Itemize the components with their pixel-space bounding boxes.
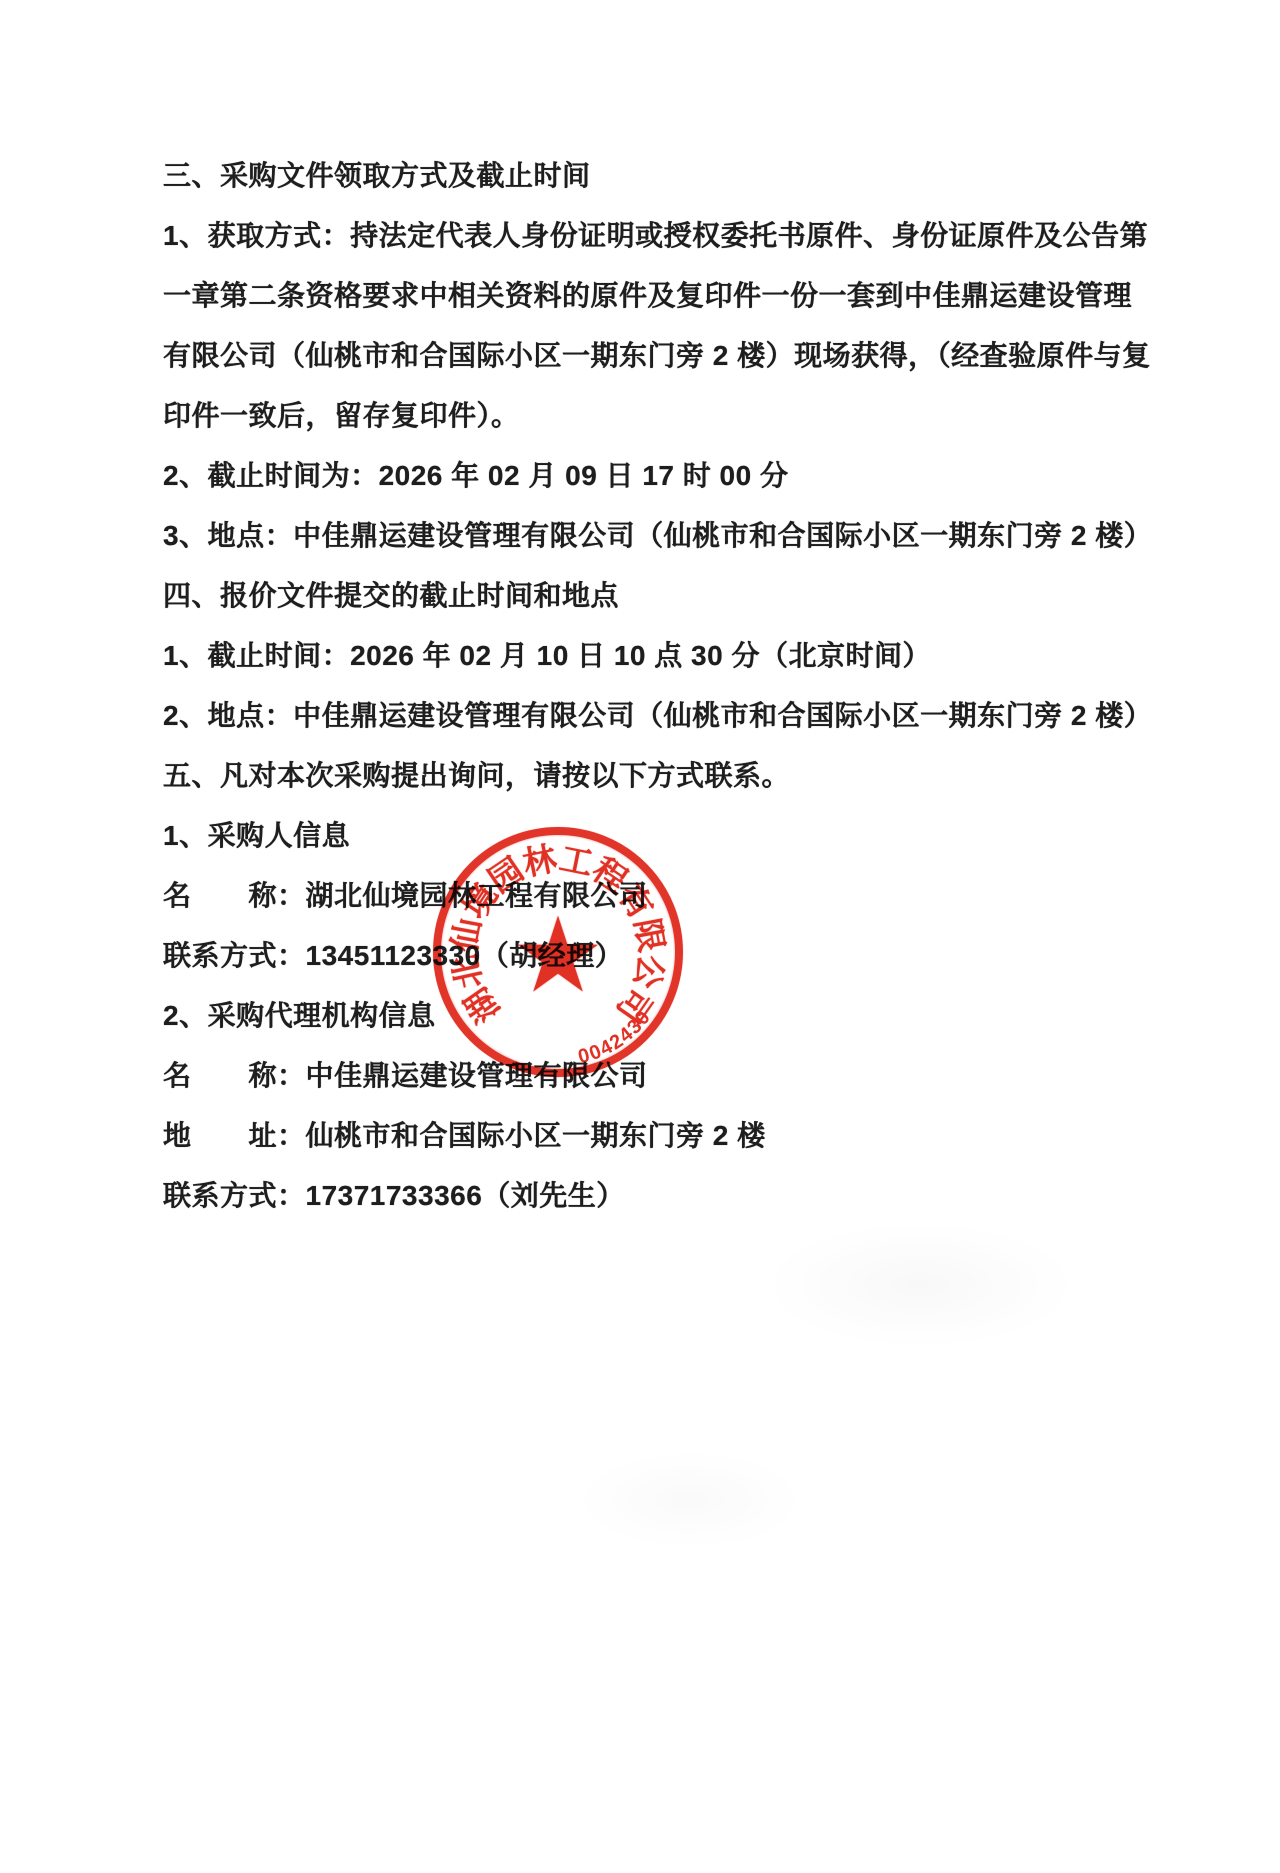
document-body: 三、采购文件领取方式及截止时间1、获取方式：持法定代表人身份证明或授权委托书原件… (163, 146, 1160, 1226)
document-line: 有限公司（仙桃市和合国际小区一期东门旁 2 楼）现场获得，（经查验原件与复 (163, 326, 1160, 386)
document-line: 五、凡对本次采购提出询问，请按以下方式联系。 (163, 746, 1160, 806)
document-line: 名 称：中佳鼎运建设管理有限公司 (163, 1046, 1160, 1106)
document-line: 三、采购文件领取方式及截止时间 (163, 146, 1160, 206)
document-line: 3、地点：中佳鼎运建设管理有限公司（仙桃市和合国际小区一期东门旁 2 楼） (163, 506, 1160, 566)
document-line: 1、获取方式：持法定代表人身份证明或授权委托书原件、身份证原件及公告第 (163, 206, 1160, 266)
document-line: 2、地点：中佳鼎运建设管理有限公司（仙桃市和合国际小区一期东门旁 2 楼） (163, 686, 1160, 746)
document-line: 一章第二条资格要求中相关资料的原件及复印件一份一套到中佳鼎运建设管理 (163, 266, 1160, 326)
document-page: 三、采购文件领取方式及截止时间1、获取方式：持法定代表人身份证明或授权委托书原件… (0, 0, 1280, 1873)
document-line: 地 址：仙桃市和合国际小区一期东门旁 2 楼 (163, 1106, 1160, 1166)
document-line: 2、截止时间为：2026 年 02 月 09 日 17 时 00 分 (163, 446, 1160, 506)
document-line: 1、采购人信息 (163, 806, 1160, 866)
document-line: 四、报价文件提交的截止时间和地点 (163, 566, 1160, 626)
document-line: 1、截止时间：2026 年 02 月 10 日 10 点 30 分（北京时间） (163, 626, 1160, 686)
document-line: 印件一致后，留存复印件）。 (163, 386, 1160, 446)
seal-ring-char: 限 (625, 914, 677, 955)
company-seal: ★ 湖北仙境园林工程有限公司0042430 (433, 827, 683, 1077)
document-line: 联系方式：17371733366（刘先生） (163, 1166, 1160, 1226)
